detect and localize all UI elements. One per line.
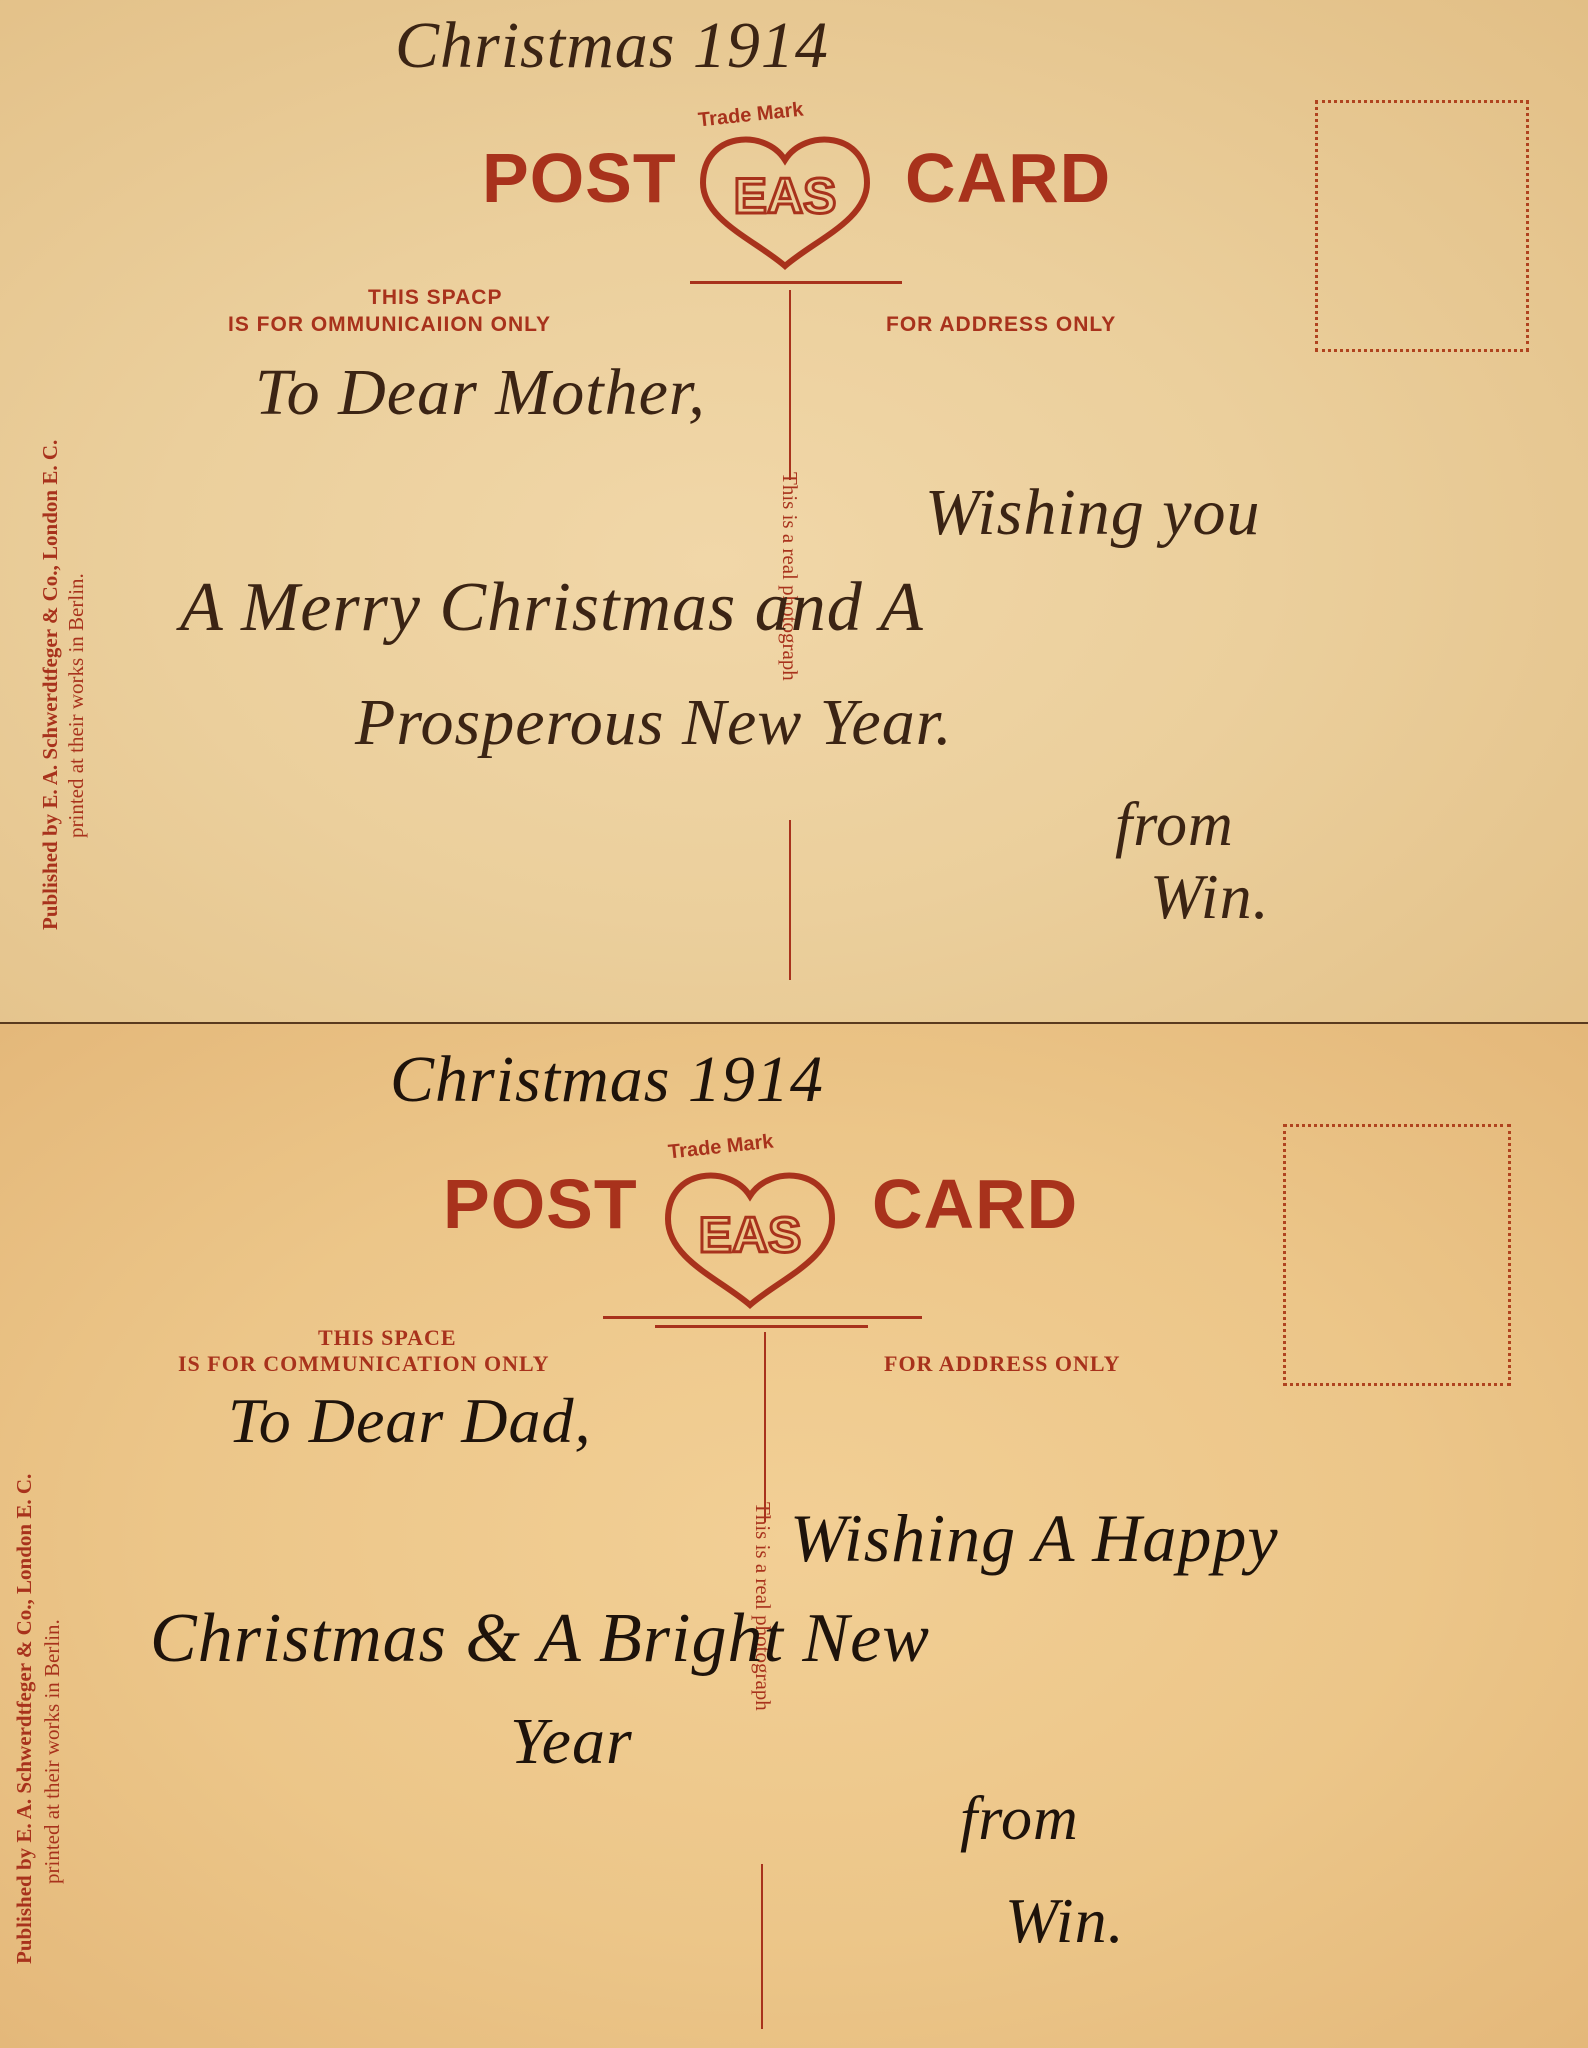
publisher-line-1: Published by E. A. Schwerdtfeger & Co., … bbox=[38, 440, 63, 930]
post-label: POST bbox=[443, 1164, 638, 1244]
post-label: POST bbox=[482, 138, 677, 218]
message-closing: from bbox=[1115, 790, 1234, 861]
divider-rule-short bbox=[655, 1325, 868, 1328]
message-signature: Win. bbox=[1005, 1884, 1125, 1958]
address-label: FOR ADDRESS ONLY bbox=[886, 313, 1116, 337]
divider-rule bbox=[690, 281, 902, 284]
message-line-2: Christmas & A Bright New bbox=[150, 1599, 930, 1679]
svg-text:EAS: EAS bbox=[699, 1207, 802, 1263]
address-label: FOR ADDRESS ONLY bbox=[884, 1351, 1120, 1377]
publisher-line-2: printed at their works in Berlin. bbox=[40, 1619, 65, 1884]
message-line-1: Wishing you bbox=[925, 475, 1261, 551]
communication-label-line1: THIS SPACP bbox=[368, 286, 502, 310]
communication-label-line1: THIS SPACE bbox=[318, 1325, 457, 1351]
center-divider-upper bbox=[764, 1332, 766, 1522]
header-note: Christmas 1914 bbox=[390, 1042, 824, 1118]
communication-label-line2: IS FOR OMMUNICAIION ONLY bbox=[228, 313, 551, 337]
center-divider-upper bbox=[789, 290, 791, 480]
stamp-box bbox=[1315, 100, 1529, 352]
publisher-line-2: printed at their works in Berlin. bbox=[64, 573, 89, 838]
trade-mark-label: Trade Mark bbox=[667, 1131, 774, 1165]
postcard-to-dad: Christmas 1914 Trade Mark POST EAS CARD … bbox=[0, 1022, 1588, 2048]
center-divider-lower bbox=[761, 1864, 763, 2029]
card-label: CARD bbox=[905, 138, 1111, 218]
card-label: CARD bbox=[872, 1164, 1078, 1244]
postcard-to-mother: Christmas 1914 Trade Mark POST EAS CARD … bbox=[0, 0, 1588, 1022]
message-line-1: Wishing A Happy bbox=[790, 1499, 1279, 1578]
eas-heart-logo-icon: EAS bbox=[695, 128, 875, 270]
message-line-3: Prosperous New Year. bbox=[355, 685, 953, 761]
message-signature: Win. bbox=[1150, 860, 1270, 934]
svg-text:EAS: EAS bbox=[734, 168, 837, 224]
eas-heart-logo-icon: EAS bbox=[660, 1164, 840, 1309]
message-closing: from bbox=[960, 1784, 1079, 1855]
center-divider-lower bbox=[789, 820, 791, 980]
divider-rule bbox=[603, 1316, 922, 1319]
message-greeting: To Dear Dad, bbox=[228, 1384, 591, 1458]
message-line-2: A Merry Christmas and A bbox=[180, 568, 924, 648]
publisher-line-1: Published by E. A. Schwerdtfeger & Co., … bbox=[12, 1474, 37, 1964]
communication-label-line2: IS FOR COMMUNICATION ONLY bbox=[178, 1351, 550, 1377]
message-line-3: Year bbox=[510, 1704, 633, 1780]
message-greeting: To Dear Mother, bbox=[255, 355, 706, 431]
stamp-box bbox=[1283, 1124, 1511, 1386]
header-note: Christmas 1914 bbox=[395, 8, 829, 84]
